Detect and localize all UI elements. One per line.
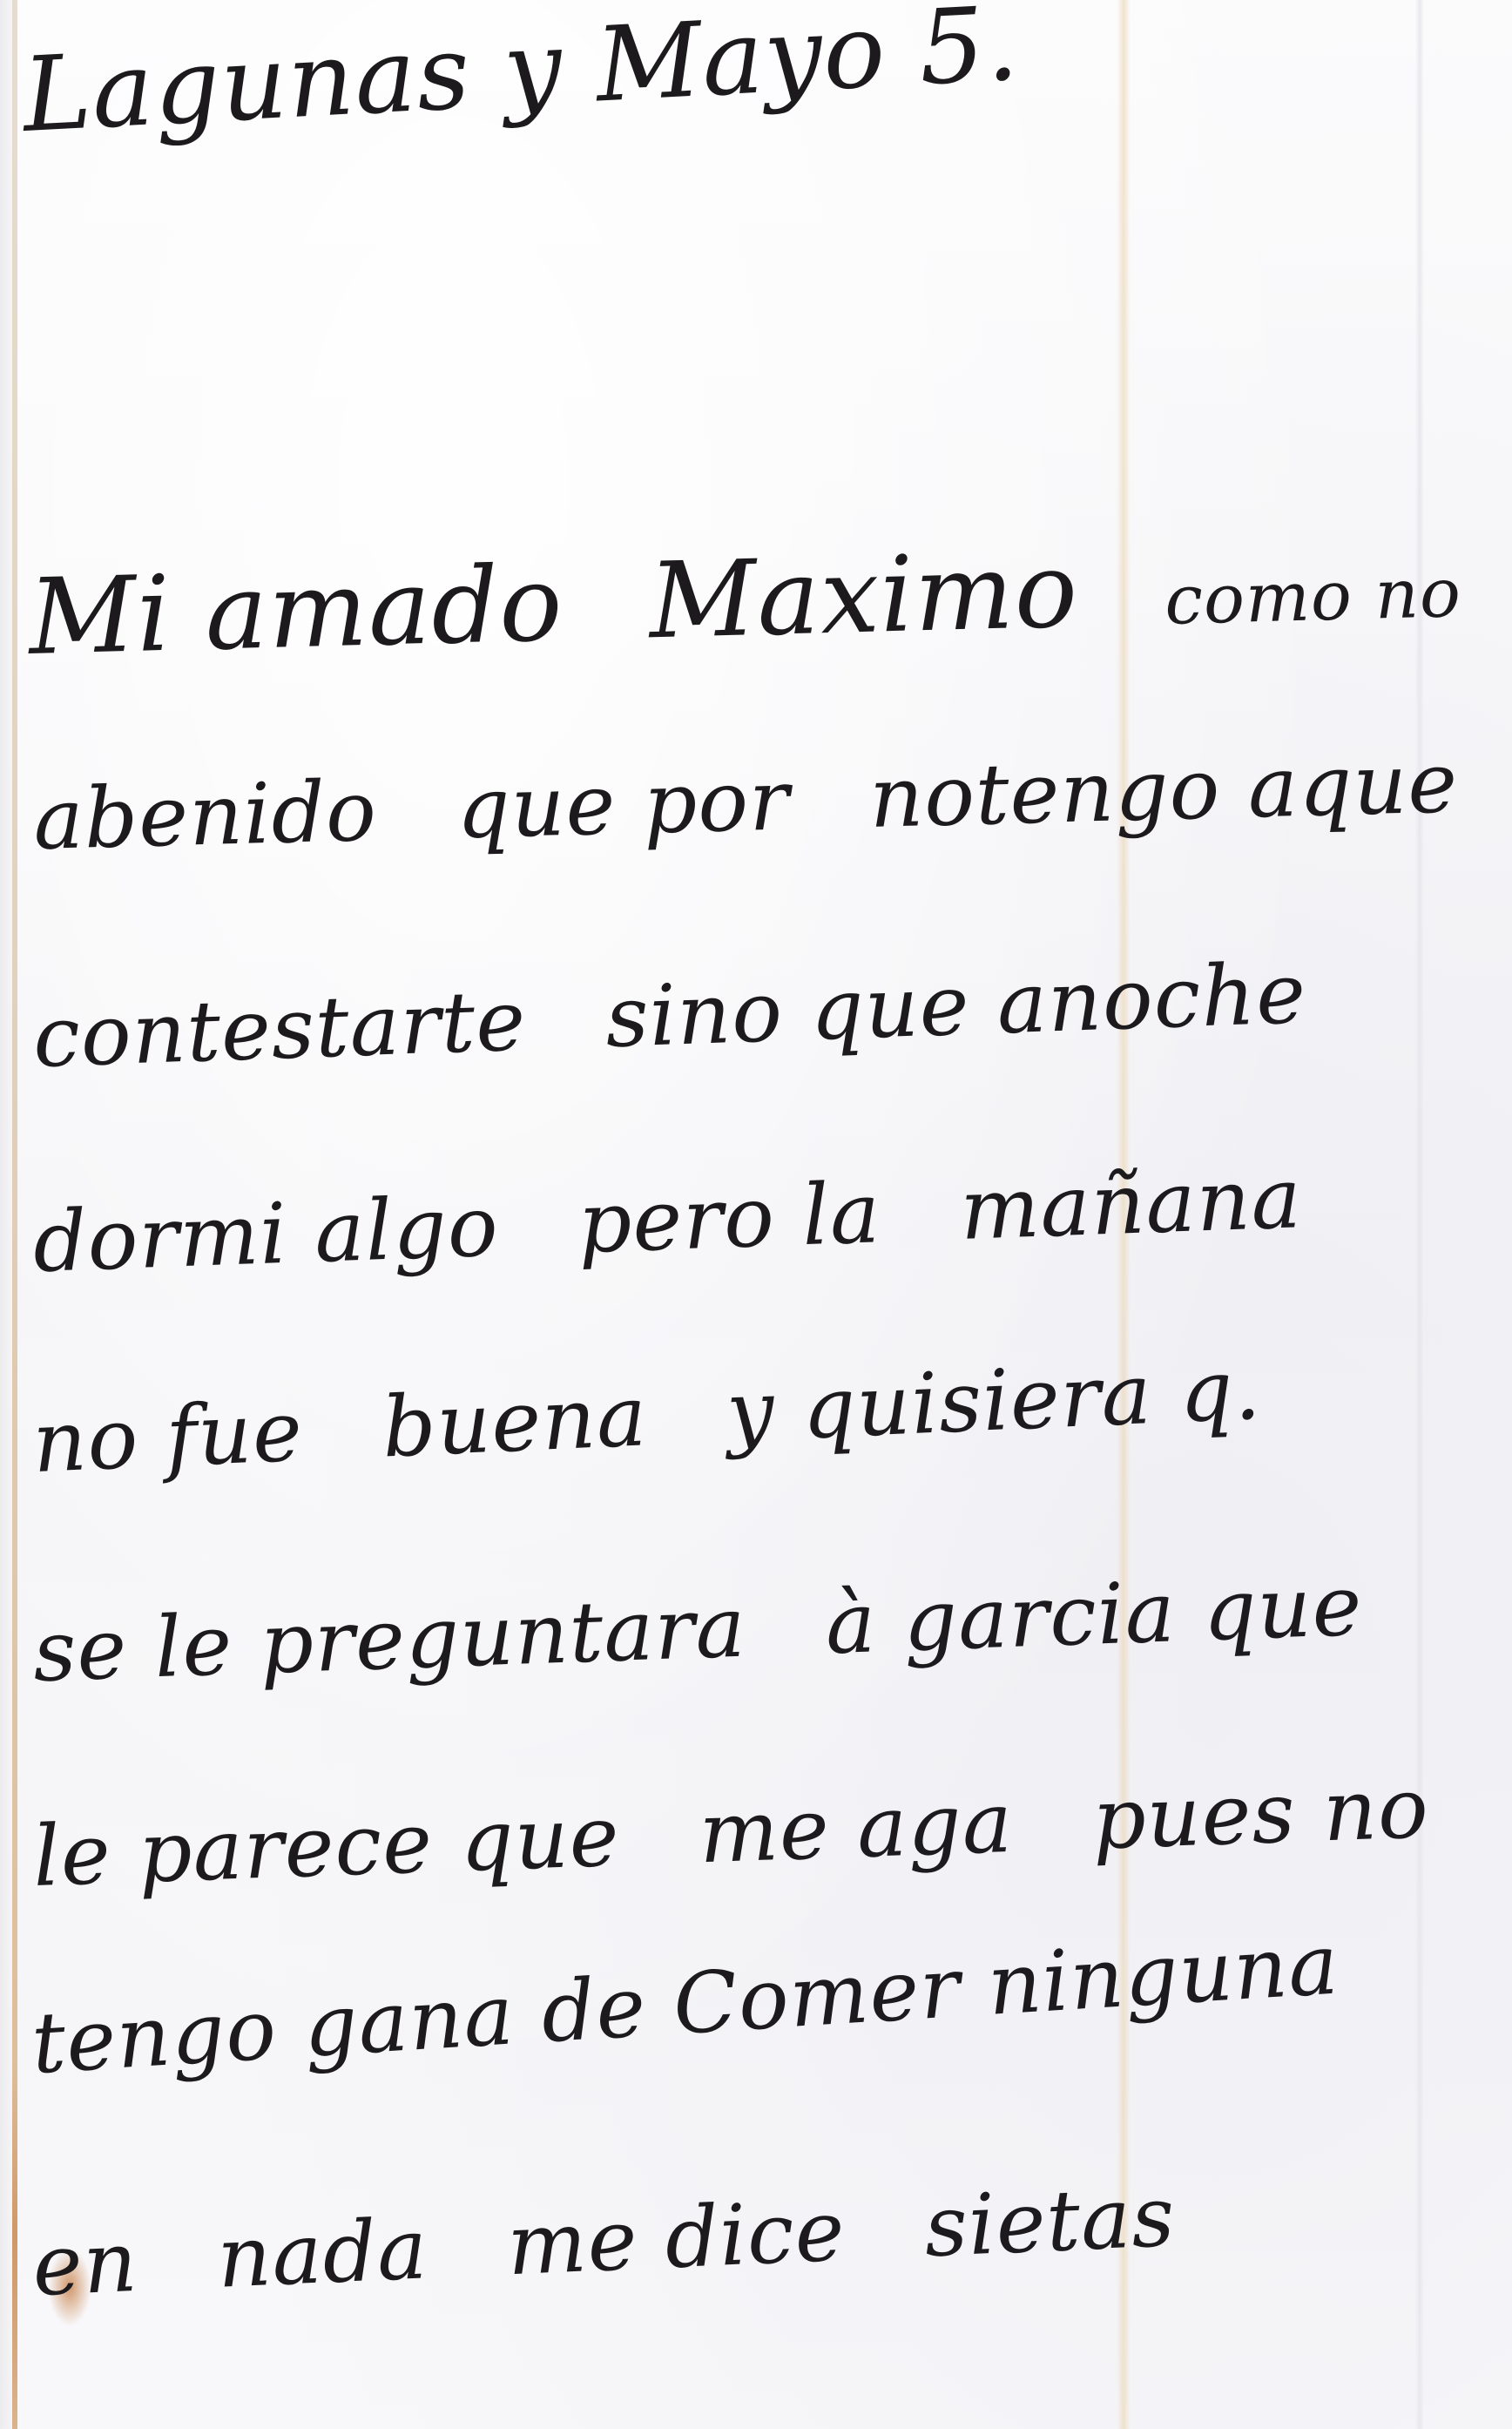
- word: notengo aque: [868, 734, 1460, 847]
- word: anoche: [996, 944, 1308, 1052]
- word: le parece que: [31, 1788, 621, 1905]
- word: pero la: [577, 1164, 882, 1272]
- word: se le preguntara: [31, 1578, 747, 1701]
- word: y quisiera q.: [725, 1341, 1263, 1462]
- salutation-word: Mi amado: [27, 544, 564, 679]
- bleed-through-marks: [70, 453, 1463, 523]
- salutation-word: como no: [1164, 554, 1462, 640]
- word: sietas: [922, 2168, 1177, 2276]
- word: no fue: [30, 1383, 305, 1492]
- letter-line: abenido que por notengo aque: [32, 734, 1459, 869]
- word: buena: [381, 1367, 650, 1476]
- word: me aga: [698, 1774, 1015, 1883]
- word: sino: [604, 963, 784, 1066]
- letter-page: Lagunas y Mayo 5. Mi amado Maximo como n…: [0, 0, 1512, 2429]
- word: à garcia que: [824, 1557, 1364, 1673]
- word: dormi: [31, 1185, 289, 1291]
- word: que por: [456, 751, 792, 857]
- word: contestarte: [31, 971, 528, 1086]
- bleed-through-marks: [52, 288, 1446, 357]
- right-fold-crease: [1415, 0, 1424, 2429]
- letter-line: le parece que me aga pues no: [31, 1759, 1430, 1905]
- place-date-heading: Lagunas y Mayo 5.: [20, 0, 1022, 155]
- word: tengo: [29, 1980, 280, 2093]
- left-fold-crease: [12, 0, 17, 2429]
- letter-line: tengo gana de Comer ninguna: [29, 1915, 1341, 2093]
- addressee-name: Maximo: [648, 531, 1080, 663]
- letter-line: dormi algo pero la mañana: [31, 1149, 1303, 1291]
- word: algo: [313, 1177, 500, 1281]
- word: me dice: [505, 2182, 847, 2294]
- letter-line: en nada me dice sietas: [30, 2168, 1178, 2315]
- word: que: [808, 957, 971, 1059]
- word: abenido: [32, 762, 378, 869]
- letter-line: no fue buena y quisiera q.: [30, 1341, 1263, 1492]
- word: ninguna: [985, 1915, 1342, 2033]
- word: mañana: [958, 1149, 1303, 1259]
- salutation-line: Mi amado Maximo como no: [27, 520, 1462, 679]
- word: en: [30, 2213, 139, 2315]
- word: pues no: [1090, 1759, 1430, 1868]
- word: de: [538, 1958, 649, 2061]
- word: Comer: [671, 1938, 963, 2053]
- word: nada: [215, 2200, 429, 2306]
- word: gana: [301, 1966, 517, 2076]
- letter-line: se le preguntara à garcia que: [31, 1557, 1364, 1701]
